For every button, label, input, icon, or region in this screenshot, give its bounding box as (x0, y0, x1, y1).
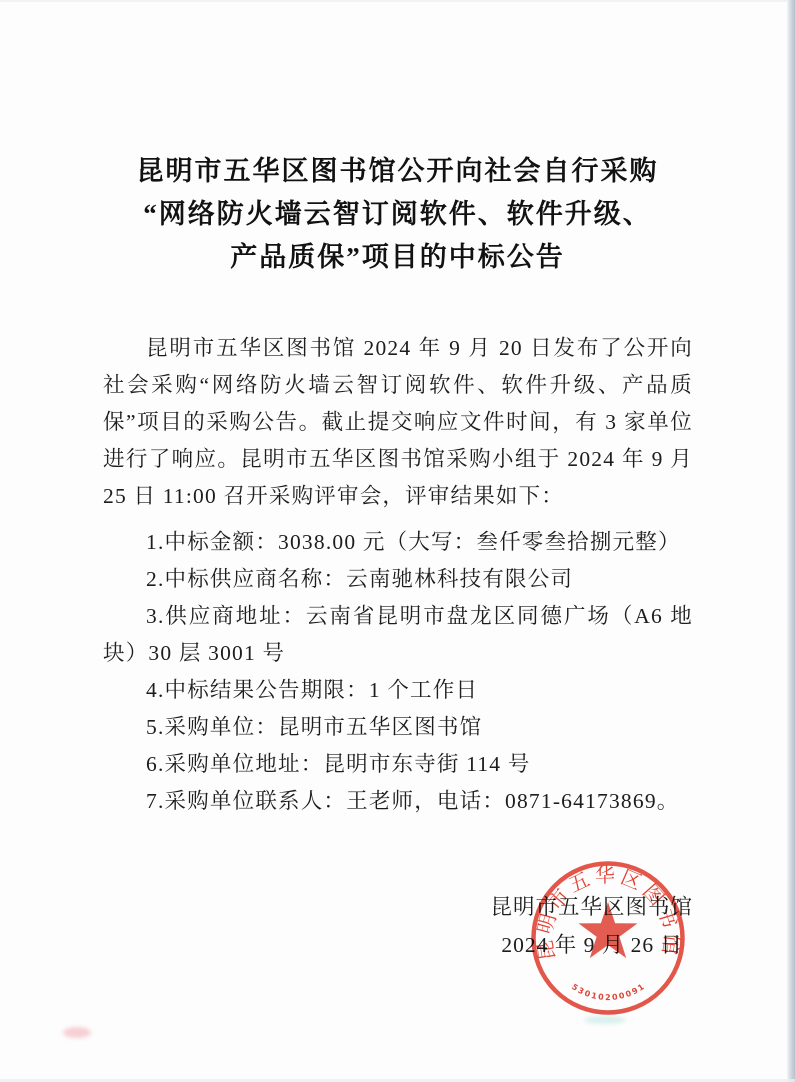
result-item-supplier: 2.中标供应商名称：云南驰林科技有限公司 (103, 561, 693, 598)
result-item-purchaser-address: 6.采购单位地址：昆明市东寺街 114 号 (103, 746, 693, 783)
scan-edge-top (0, 0, 795, 2)
result-item-contact: 7.采购单位联系人：王老师，电话：0871-64173869。 (103, 783, 693, 820)
title-line-1: 昆明市五华区图书馆公开向社会自行采购 (0, 150, 795, 193)
official-seal: 昆明市五华区图书馆 5301020009178 (528, 858, 688, 1018)
document-body: 昆明市五华区图书馆 2024 年 9 月 20 日发布了公开向社会采购“网络防火… (103, 330, 693, 820)
document-page: 昆明市五华区图书馆公开向社会自行采购 “网络防火墙云智订阅软件、软件升级、 产品… (0, 0, 795, 1082)
seal-star-icon (579, 902, 638, 958)
intro-paragraph: 昆明市五华区图书馆 2024 年 9 月 20 日发布了公开向社会采购“网络防火… (103, 330, 693, 515)
result-item-amount: 1.中标金额：3038.00 元（大写：叁仟零叁拾捌元整） (103, 524, 693, 561)
result-item-purchaser: 5.采购单位：昆明市五华区图书馆 (103, 709, 693, 746)
document-title: 昆明市五华区图书馆公开向社会自行采购 “网络防火墙云智订阅软件、软件升级、 产品… (0, 150, 795, 279)
title-line-2: “网络防火墙云智订阅软件、软件升级、 (0, 193, 795, 236)
result-item-notice-period: 4.中标结果公告期限：1 个工作日 (103, 672, 693, 709)
title-line-3: 产品质保”项目的中标公告 (0, 236, 795, 279)
scan-smudge-pink (63, 1027, 91, 1038)
result-item-supplier-address: 3.供应商地址：云南省昆明市盘龙区同德广场（A6 地块）30 层 3001 号 (103, 598, 693, 672)
